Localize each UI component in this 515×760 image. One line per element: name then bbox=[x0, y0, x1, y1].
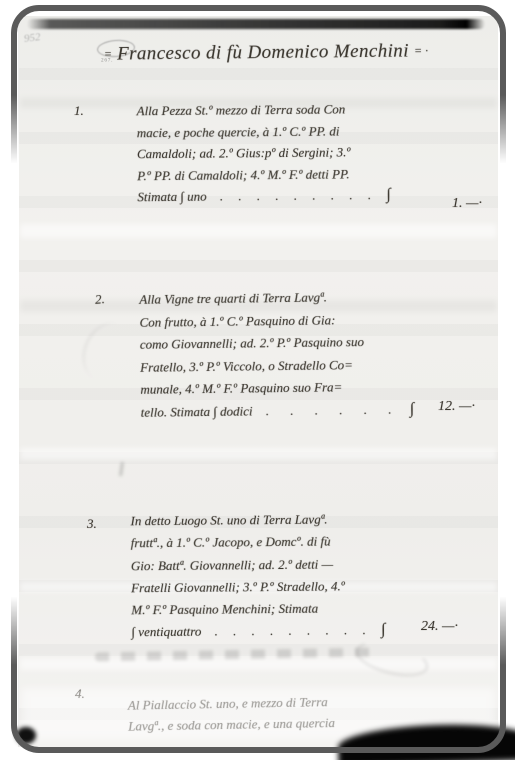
frame-fade bbox=[9, 95, 19, 665]
microfilm-frame bbox=[11, 5, 506, 753]
manuscript-scan: 952 267. = Francesco di fù Domenico Menc… bbox=[0, 0, 515, 760]
frame-fade bbox=[498, 95, 508, 665]
